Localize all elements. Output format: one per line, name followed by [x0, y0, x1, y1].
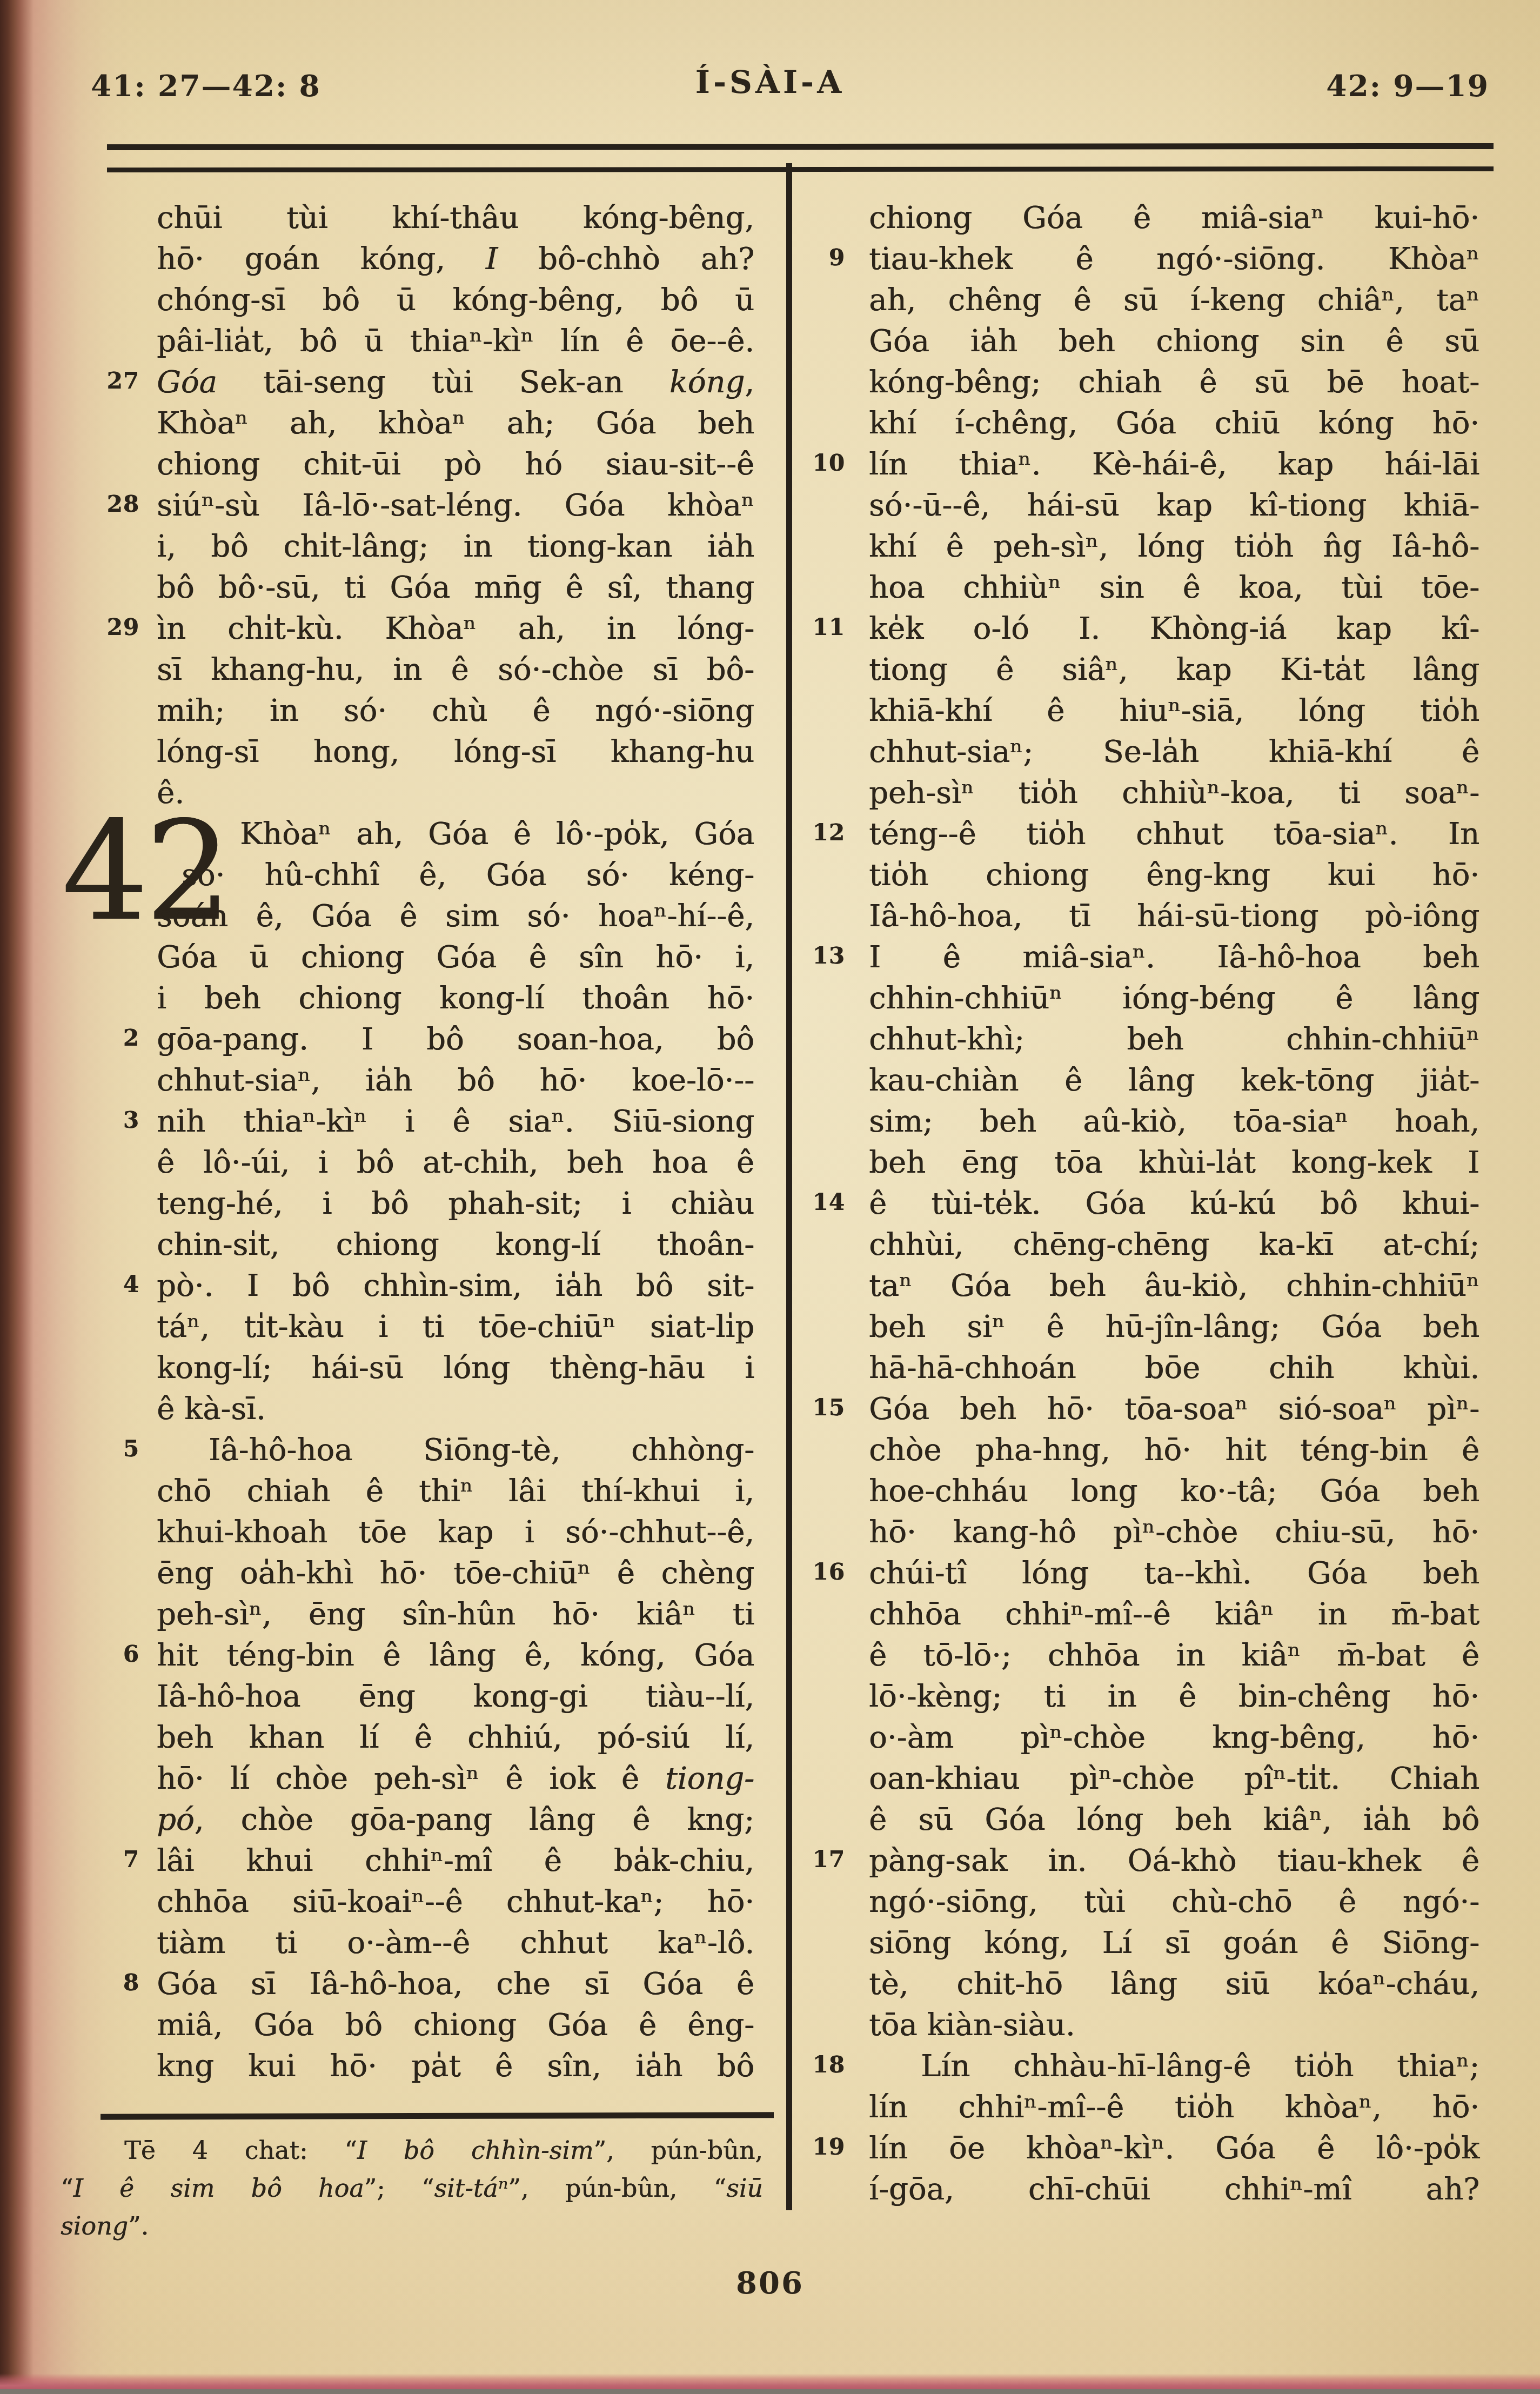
verse-text: beh khan lí ê chhiú, pó-siú lí, — [157, 1717, 754, 1758]
verse-text: chin-si̍t, chiong kong-lí thoân- — [157, 1225, 754, 1266]
verse-text: ê sū Góa lóng beh kiâⁿ, ia̍h bô — [869, 1800, 1479, 1841]
verse-line: ê sū Góa lóng beh kiâⁿ, ia̍h bô — [803, 1800, 1479, 1841]
verse-line: kong-lí; hái-sū lóng thèng-hāu i — [61, 1348, 754, 1389]
verse-line: chhōa siū-koaiⁿ--ê chhut-kaⁿ; hō· — [61, 1882, 754, 1923]
verse-line: ê tō-lō·; chhōa in kiâⁿ m̄-bat ê — [803, 1635, 1479, 1676]
page-number: 806 — [0, 2265, 1540, 2301]
verse-number: 8 — [61, 1969, 139, 1996]
left-column: chūi tùi khí-thâu kóng-bêng,hō· goán kón… — [61, 198, 754, 2087]
header-verse-range-right: 42: 9—19 — [1326, 68, 1489, 103]
verse-text: ēng oa̍h-khì hō· tōe-chiūⁿ ê chèng — [157, 1553, 754, 1594]
verse-text: kong-lí; hái-sū lóng thèng-hāu i — [157, 1348, 754, 1389]
verse-line: táⁿ, ti̍t-kàu i ti tōe-chiūⁿ siat-li̍p — [61, 1307, 754, 1348]
verse-text: Góa beh hō· tōa-soaⁿ sió-soaⁿ pìⁿ- — [869, 1389, 1479, 1430]
verse-line: chòe pha-hng, hō· hit téng-bin ê — [803, 1430, 1479, 1471]
page-bottom-dyed-edge — [0, 2373, 1540, 2390]
verse-line: hoe-chháu long ko·-tâ; Góa beh — [803, 1471, 1479, 1512]
verse-line: 14ê tùi-te̍k. Góa kú-kú bô khui- — [803, 1183, 1479, 1225]
verse-text: táⁿ, ti̍t-kàu i ti tōe-chiūⁿ siat-li̍p — [157, 1307, 754, 1348]
verse-line: siōng kóng, Lí sī goán ê Siōng- — [803, 1923, 1479, 1964]
verse-line: chhut-khì; beh chhin-chhiūⁿ — [803, 1019, 1479, 1060]
verse-line: 28siúⁿ-sù Iâ-lō·-sat-léng. Góa khòaⁿ — [61, 485, 754, 526]
verse-line: khí í-chêng, Góa chiū kóng hō· — [803, 403, 1479, 444]
verse-line: chhut-siaⁿ, ia̍h bô hō· koe-lō·-- — [61, 1060, 754, 1101]
verse-text: chòe pha-hng, hō· hit téng-bin ê — [869, 1430, 1479, 1471]
verse-text: Iâ-hô-hoa, tī hái-sū-tiong pò-iông — [869, 896, 1479, 937]
verse-text: chhùi, chēng-chēng ka-kī at-chí; — [869, 1225, 1479, 1266]
verse-text: tiàm ti o·-àm--ê chhut kaⁿ-lô. — [157, 1923, 754, 1964]
verse-line: siong”. — [61, 2207, 763, 2245]
verse-line: chō chiah ê thiⁿ lâi thí-khui i, — [61, 1471, 754, 1512]
verse-line: lō·-kèng; ti in ê bin-chêng hō· — [803, 1676, 1479, 1717]
verse-text: teng-hé, i bô phah-sit; i chiàu — [157, 1183, 754, 1225]
verse-text: i, bô chi̍t-lâng; in tiong-kan ia̍h — [157, 526, 754, 567]
verse-text: beh siⁿ ê hū-jîn-lâng; Góa beh — [869, 1307, 1479, 1348]
verse-line: hō· lí chòe peh-sìⁿ ê iok ê tiong- — [61, 1758, 754, 1800]
verse-number: 11 — [803, 614, 845, 640]
verse-text: pó, chòe gōa-pang lâng ê kng; — [157, 1800, 754, 1841]
verse-text: sī khang-hu, in ê só·-chòe sī bô- — [157, 650, 754, 691]
verse-line: 6hit téng-bin ê lâng ê, kóng, Góa — [61, 1635, 754, 1676]
verse-line: chiong Góa ê miâ-siaⁿ kui-hō· — [803, 198, 1479, 239]
header-book-title: Í-SÀI-A — [0, 64, 1540, 101]
verse-text: só· hû-chhî ê, Góa só· kéng- — [182, 855, 754, 896]
verse-line: 9tiau-khek ê ngó·-siōng. Khòaⁿ — [803, 239, 1479, 280]
verse-number: 3 — [61, 1107, 139, 1133]
verse-line: o·-àm pìⁿ-chòe kng-bêng, hō· — [803, 1717, 1479, 1758]
verse-text: ê. — [157, 773, 754, 814]
verse-line: pó, chòe gōa-pang lâng ê kng; — [61, 1800, 754, 1841]
verse-text: pàng-sak in. Oá-khò tiau-khek ê — [869, 1841, 1479, 1882]
verse-line: hō· goán kóng, I bô-chhò ah? — [61, 239, 754, 280]
verse-line: Góa ū chiong Góa ê sîn hō· i, — [61, 937, 754, 978]
verse-line: tè, chit-hō lâng siū kóaⁿ-cháu, — [803, 1964, 1479, 2005]
verse-line: ê kà-sī. — [61, 1389, 754, 1430]
verse-line: Iâ-hô-hoa ēng kong-gi tiàu--lí, — [61, 1676, 754, 1717]
verse-text: kóng-bêng; chiah ê sū bē hoat- — [869, 362, 1479, 403]
verse-line: khiā-khí ê hiuⁿ-siā, lóng tio̍h — [803, 691, 1479, 732]
verse-line: i, bô chi̍t-lâng; in tiong-kan ia̍h — [61, 526, 754, 567]
verse-text: lín thiaⁿ. Kè-hái-ê, kap hái-lāi — [869, 444, 1479, 485]
verse-text: ke̍k o-ló I. Khòng-iá kap kî- — [869, 608, 1479, 650]
verse-text: o·-àm pìⁿ-chòe kng-bêng, hō· — [869, 1717, 1479, 1758]
verse-text: chō chiah ê thiⁿ lâi thí-khui i, — [157, 1471, 754, 1512]
verse-line: 11ke̍k o-ló I. Khòng-iá kap kî- — [803, 608, 1479, 650]
verse-number: 12 — [803, 819, 845, 846]
verse-text: hoe-chháu long ko·-tâ; Góa beh — [869, 1471, 1479, 1512]
verse-line: kóng-bêng; chiah ê sū bē hoat- — [803, 362, 1479, 403]
verse-text: siōng kóng, Lí sī goán ê Siōng- — [869, 1923, 1479, 1964]
verse-line: só· hû-chhî ê, Góa só· kéng- — [61, 855, 754, 896]
verse-number: 10 — [803, 450, 845, 476]
verse-number: 4 — [61, 1271, 139, 1298]
verse-number: 17 — [803, 1846, 845, 1873]
verse-text: ê tùi-te̍k. Góa kú-kú bô khui- — [869, 1183, 1479, 1225]
verse-line: teng-hé, i bô phah-sit; i chiàu — [61, 1183, 754, 1225]
header-rule — [107, 143, 1494, 172]
verse-line: peh-sìⁿ, ēng sîn-hûn hō· kiâⁿ ti — [61, 1594, 754, 1635]
verse-line: pâi-lia̍t, bô ū thiaⁿ-kìⁿ lín ê ōe--ê. — [61, 321, 754, 362]
page-bottom-shadow — [0, 2389, 1540, 2394]
verse-line: ah, chêng ê sū í-keng chiâⁿ, taⁿ — [803, 280, 1479, 321]
verse-line: 7lâi khui chhiⁿ-mî ê ba̍k-chiu, — [61, 1841, 754, 1882]
verse-text: ê kà-sī. — [157, 1389, 754, 1430]
verse-text: tiong ê siâⁿ, kap Ki-ta̍t lâng — [869, 650, 1479, 691]
verse-line: 4pò·. I bô chhìn-sim, ia̍h bô sit- — [61, 1266, 754, 1307]
verse-line: “I ê sim bô hoa”; “sit-táⁿ”, pún-bûn, “s… — [61, 2169, 763, 2207]
verse-text: chhut-siaⁿ, ia̍h bô hō· koe-lō·-- — [157, 1060, 754, 1101]
verse-text: chúi-tî lóng ta--khì. Góa beh — [869, 1553, 1479, 1594]
verse-line: chhut-siaⁿ; Se-la̍h khiā-khí ê — [803, 732, 1479, 773]
verse-number: 9 — [803, 244, 845, 271]
verse-line: tio̍h chiong êng-kng kui hō· — [803, 855, 1479, 896]
verse-line: kng kui hō· pa̍t ê sîn, ia̍h bô — [61, 2046, 754, 2087]
verse-text: hoa chhiùⁿ sin ê koa, tùi tōe- — [869, 567, 1479, 608]
verse-line: chóng-sī bô ū kóng-bêng, bô ū — [61, 280, 754, 321]
verse-line: 17pàng-sak in. Oá-khò tiau-khek ê — [803, 1841, 1479, 1882]
verse-number: 14 — [803, 1189, 845, 1215]
verse-text: tè, chit-hō lâng siū kóaⁿ-cháu, — [869, 1964, 1479, 2005]
verse-line: tiàm ti o·-àm--ê chhut kaⁿ-lô. — [61, 1923, 754, 1964]
verse-line: sī khang-hu, in ê só·-chòe sī bô- — [61, 650, 754, 691]
verse-text: só·-ū--ê, hái-sū kap kî-tiong khiā- — [869, 485, 1479, 526]
verse-number: 18 — [803, 2051, 845, 2078]
verse-text: tōa kiàn-siàu. — [869, 2005, 1479, 2046]
verse-text: Iâ-hô-hoa Siōng-tè, chhòng- — [157, 1430, 754, 1471]
verse-line: lóng-sī hong, lóng-sī khang-hu — [61, 732, 754, 773]
verse-text: nih thiaⁿ-kìⁿ i ê siaⁿ. Siū-siong — [157, 1101, 754, 1142]
verse-text: pò·. I bô chhìn-sim, ia̍h bô sit- — [157, 1266, 754, 1307]
verse-line: beh siⁿ ê hū-jîn-lâng; Góa beh — [803, 1307, 1479, 1348]
verse-line: Góa ia̍h beh chiong sin ê sū — [803, 321, 1479, 362]
verse-text: chiong Góa ê miâ-siaⁿ kui-hō· — [869, 198, 1479, 239]
verse-line: só·-ū--ê, hái-sū kap kî-tiong khiā- — [803, 485, 1479, 526]
verse-number: 28 — [61, 491, 139, 517]
verse-text: Góa tāi-seng tùi Sek-an kóng, — [157, 362, 754, 403]
verse-text: siong”. — [61, 2207, 763, 2245]
verse-text: chhōa siū-koaiⁿ--ê chhut-kaⁿ; hō· — [157, 1882, 754, 1923]
verse-line: ēng oa̍h-khì hō· tōe-chiūⁿ ê chèng — [61, 1553, 754, 1594]
column-divider — [786, 163, 792, 2210]
verse-text: hō· lí chòe peh-sìⁿ ê iok ê tiong- — [157, 1758, 754, 1800]
verse-text: ngó·-siōng, tùi chù-chō ê ngó·- — [869, 1882, 1479, 1923]
verse-line: 5Iâ-hô-hoa Siōng-tè, chhòng- — [61, 1430, 754, 1471]
verse-number: 6 — [61, 1641, 139, 1667]
verse-text: Góa sī Iâ-hô-hoa, che sī Góa ê — [157, 1964, 754, 2005]
verse-line: peh-sìⁿ tio̍h chhiùⁿ-koa, ti soaⁿ- — [803, 773, 1479, 814]
verse-line: 3nih thiaⁿ-kìⁿ i ê siaⁿ. Siū-siong — [61, 1101, 754, 1142]
verse-line: ê lô·-úi, i bô at-chi̍h, beh hoa ê — [61, 1142, 754, 1183]
verse-line: taⁿ Góa beh âu-kiò, chhin-chhiūⁿ — [803, 1266, 1479, 1307]
verse-line: lín chhiⁿ-mî--ê tio̍h khòaⁿ, hō· — [803, 2087, 1479, 2128]
verse-line: hoa chhiùⁿ sin ê koa, tùi tōe- — [803, 567, 1479, 608]
verse-line: Tē 4 chat: “I bô chhìn-sim”, pún-bûn, — [61, 2131, 763, 2169]
verse-line: 12téng--ê tio̍h chhut tōa-siaⁿ. In — [803, 814, 1479, 855]
verse-line: 8Góa sī Iâ-hô-hoa, che sī Góa ê — [61, 1964, 754, 2005]
verse-text: hit téng-bin ê lâng ê, kóng, Góa — [157, 1635, 754, 1676]
verse-text: khí í-chêng, Góa chiū kóng hō· — [869, 403, 1479, 444]
verse-line: tiong ê siâⁿ, kap Ki-ta̍t lâng — [803, 650, 1479, 691]
verse-text: oan-khiau pìⁿ-chòe pîⁿ-ti̍t. Chiah — [869, 1758, 1479, 1800]
verse-number: 13 — [803, 942, 845, 969]
verse-text: bô bô·-sū, ti Góa mn̄g ê sî, thang — [157, 567, 754, 608]
verse-text: tio̍h chiong êng-kng kui hō· — [869, 855, 1479, 896]
verse-line: 2gōa-pang. I bô soan-hoa, bô — [61, 1019, 754, 1060]
verse-line: chin-si̍t, chiong kong-lí thoân- — [61, 1225, 754, 1266]
book-page: 41: 27—42: 8 Í-SÀI-A 42: 9—19 chūi tùi k… — [0, 0, 1540, 2394]
verse-line: 16chúi-tî lóng ta--khì. Góa beh — [803, 1553, 1479, 1594]
verse-text: lō·-kèng; ti in ê bin-chêng hō· — [869, 1676, 1479, 1717]
verse-text: “I ê sim bô hoa”; “sit-táⁿ”, pún-bûn, “s… — [61, 2169, 763, 2207]
verse-line: sim; beh aû-kiò, tōa-siaⁿ hoah, — [803, 1101, 1479, 1142]
verse-text: beh ēng tōa khùi-la̍t kong-kek I — [869, 1142, 1479, 1183]
verse-text: Khòaⁿ ah, khòaⁿ ah; Góa beh — [157, 403, 754, 444]
verse-text: taⁿ Góa beh âu-kiò, chhin-chhiūⁿ — [869, 1266, 1479, 1307]
verse-text: Góa ia̍h beh chiong sin ê sū — [869, 321, 1479, 362]
verse-text: sim; beh aû-kiò, tōa-siaⁿ hoah, — [869, 1101, 1479, 1142]
verse-text: miâ, Góa bô chiong Góa ê êng- — [157, 2005, 754, 2046]
verse-text: chóng-sī bô ū kóng-bêng, bô ū — [157, 280, 754, 321]
verse-text: chiong chit-ūi pò hó siau-sit--ê — [157, 444, 754, 485]
verse-line: oan-khiau pìⁿ-chòe pîⁿ-ti̍t. Chiah — [803, 1758, 1479, 1800]
verse-line: chhōa chhiⁿ-mî--ê kiâⁿ in m̄-bat — [803, 1594, 1479, 1635]
verse-text: Khòaⁿ ah, Góa ê lô·-po̍k, Góa — [240, 814, 754, 855]
verse-number: 7 — [61, 1846, 139, 1873]
verse-line: Iâ-hô-hoa, tī hái-sū-tiong pò-iông — [803, 896, 1479, 937]
verse-text: siúⁿ-sù Iâ-lō·-sat-léng. Góa khòaⁿ — [157, 485, 754, 526]
verse-line: miâ, Góa bô chiong Góa ê êng- — [61, 2005, 754, 2046]
verse-text: ê lô·-úi, i bô at-chi̍h, beh hoa ê — [157, 1142, 754, 1183]
verse-line: beh ēng tōa khùi-la̍t kong-kek I — [803, 1142, 1479, 1183]
verse-text: lóng-sī hong, lóng-sī khang-hu — [157, 732, 754, 773]
running-header: 41: 27—42: 8 Í-SÀI-A 42: 9—19 — [0, 64, 1540, 112]
verse-text: chhōa chhiⁿ-mî--ê kiâⁿ in m̄-bat — [869, 1594, 1479, 1635]
verse-text: Góa ū chiong Góa ê sîn hō· i, — [157, 937, 754, 978]
verse-text: i beh chiong kong-lí thoân hō· — [157, 978, 754, 1019]
verse-text: tiau-khek ê ngó·-siōng. Khòaⁿ — [869, 239, 1479, 280]
verse-line: chūi tùi khí-thâu kóng-bêng, — [61, 198, 754, 239]
verse-line: 18Lín chhàu-hī-lâng-ê tio̍h thiaⁿ; — [803, 2046, 1479, 2087]
verse-text: í-gōa, chī-chūi chhiⁿ-mî ah? — [869, 2169, 1479, 2210]
verse-number: 15 — [803, 1394, 845, 1421]
verse-line: ngó·-siōng, tùi chù-chō ê ngó·- — [803, 1882, 1479, 1923]
verse-line: tōa kiàn-siàu. — [803, 2005, 1479, 2046]
verse-line: chhùi, chēng-chēng ka-kī at-chí; — [803, 1225, 1479, 1266]
verse-number: 5 — [61, 1435, 139, 1462]
verse-text: khí ê peh-sìⁿ, lóng tio̍h n̂g Iâ-hô- — [869, 526, 1479, 567]
verse-number: 2 — [61, 1025, 139, 1051]
verse-text: ê tō-lō·; chhōa in kiâⁿ m̄-bat ê — [869, 1635, 1479, 1676]
right-column: chiong Góa ê miâ-siaⁿ kui-hō·9tiau-khek … — [803, 198, 1479, 2210]
verse-text: kng kui hō· pa̍t ê sîn, ia̍h bô — [157, 2046, 754, 2087]
verse-line: 13I ê miâ-siaⁿ. Iâ-hô-hoa beh — [803, 937, 1479, 978]
verse-line: 29ìn chi̍t-kù. Khòaⁿ ah, in lóng- — [61, 608, 754, 650]
verse-text: lâi khui chhiⁿ-mî ê ba̍k-chiu, — [157, 1841, 754, 1882]
verse-text: chhut-khì; beh chhin-chhiūⁿ — [869, 1019, 1479, 1060]
verse-text: lín chhiⁿ-mî--ê tio̍h khòaⁿ, hō· — [869, 2087, 1479, 2128]
verse-text: lín ōe khòaⁿ-kìⁿ. Góa ê lô·-po̍k — [869, 2128, 1479, 2169]
verse-line: 10lín thiaⁿ. Kè-hái-ê, kap hái-lāi — [803, 444, 1479, 485]
verse-line: 19lín ōe khòaⁿ-kìⁿ. Góa ê lô·-po̍k — [803, 2128, 1479, 2169]
verse-number: 27 — [61, 367, 139, 394]
verse-text: chhin-chhiūⁿ ióng-béng ê lâng — [869, 978, 1479, 1019]
verse-number: 16 — [803, 1559, 845, 1585]
verse-text: kau-chiàn ê lâng kek-tōng jia̍t- — [869, 1060, 1479, 1101]
verse-line: soán ê, Góa ê sim só· hoaⁿ-hí--ê, — [61, 896, 754, 937]
verse-text: soán ê, Góa ê sim só· hoaⁿ-hí--ê, — [157, 896, 754, 937]
verse-number: 29 — [61, 614, 139, 640]
verse-text: Tē 4 chat: “I bô chhìn-sim”, pún-bûn, — [61, 2131, 763, 2169]
verse-text: I ê miâ-siaⁿ. Iâ-hô-hoa beh — [869, 937, 1479, 978]
verse-line: Khòaⁿ ah, khòaⁿ ah; Góa beh — [61, 403, 754, 444]
verse-text: chhut-siaⁿ; Se-la̍h khiā-khí ê — [869, 732, 1479, 773]
verse-number: 19 — [803, 2134, 845, 2160]
verse-line: hō· kang-hô pìⁿ-chòe chiu-sū, hō· — [803, 1512, 1479, 1553]
footnote: Tē 4 chat: “I bô chhìn-sim”, pún-bûn,“I … — [61, 2131, 763, 2245]
verse-text: hō· goán kóng, I bô-chhò ah? — [157, 239, 754, 280]
verse-text: hā-hā-chhoán bōe chih khùi. — [869, 1348, 1479, 1389]
verse-text: peh-sìⁿ, ēng sîn-hûn hō· kiâⁿ ti — [157, 1594, 754, 1635]
verse-text: Lín chhàu-hī-lâng-ê tio̍h thiaⁿ; — [869, 2046, 1479, 2087]
verse-line: beh khan lí ê chhiú, pó-siú lí, — [61, 1717, 754, 1758]
verse-line: chiong chit-ūi pò hó siau-sit--ê — [61, 444, 754, 485]
verse-text: hō· kang-hô pìⁿ-chòe chiu-sū, hō· — [869, 1512, 1479, 1553]
verse-text: chūi tùi khí-thâu kóng-bêng, — [157, 198, 754, 239]
verse-line: i beh chiong kong-lí thoân hō· — [61, 978, 754, 1019]
verse-text: Iâ-hô-hoa ēng kong-gi tiàu--lí, — [157, 1676, 754, 1717]
verse-text: gōa-pang. I bô soan-hoa, bô — [157, 1019, 754, 1060]
verse-line: chhin-chhiūⁿ ióng-béng ê lâng — [803, 978, 1479, 1019]
verse-text: ìn chi̍t-kù. Khòaⁿ ah, in lóng- — [157, 608, 754, 650]
verse-line: Khòaⁿ ah, Góa ê lô·-po̍k, Góa — [61, 814, 754, 855]
verse-line: kau-chiàn ê lâng kek-tōng jia̍t- — [803, 1060, 1479, 1101]
verse-text: peh-sìⁿ tio̍h chhiùⁿ-koa, ti soaⁿ- — [869, 773, 1479, 814]
verse-text: ah, chêng ê sū í-keng chiâⁿ, taⁿ — [869, 280, 1479, 321]
verse-line: khí ê peh-sìⁿ, lóng tio̍h n̂g Iâ-hô- — [803, 526, 1479, 567]
footnote-rule — [101, 2112, 774, 2119]
verse-text: khui-khoah tōe kap i só·-chhut--ê, — [157, 1512, 754, 1553]
verse-line: mih; in só· chù ê ngó·-siōng — [61, 691, 754, 732]
verse-text: khiā-khí ê hiuⁿ-siā, lóng tio̍h — [869, 691, 1479, 732]
verse-line: 27Góa tāi-seng tùi Sek-an kóng, — [61, 362, 754, 403]
verse-line: khui-khoah tōe kap i só·-chhut--ê, — [61, 1512, 754, 1553]
verse-line: í-gōa, chī-chūi chhiⁿ-mî ah? — [803, 2169, 1479, 2210]
verse-line: bô bô·-sū, ti Góa mn̄g ê sî, thang — [61, 567, 754, 608]
verse-line: hā-hā-chhoán bōe chih khùi. — [803, 1348, 1479, 1389]
verse-line: 15Góa beh hō· tōa-soaⁿ sió-soaⁿ pìⁿ- — [803, 1389, 1479, 1430]
verse-text: téng--ê tio̍h chhut tōa-siaⁿ. In — [869, 814, 1479, 855]
verse-text: pâi-lia̍t, bô ū thiaⁿ-kìⁿ lín ê ōe--ê. — [157, 321, 754, 362]
verse-text: mih; in só· chù ê ngó·-siōng — [157, 691, 754, 732]
